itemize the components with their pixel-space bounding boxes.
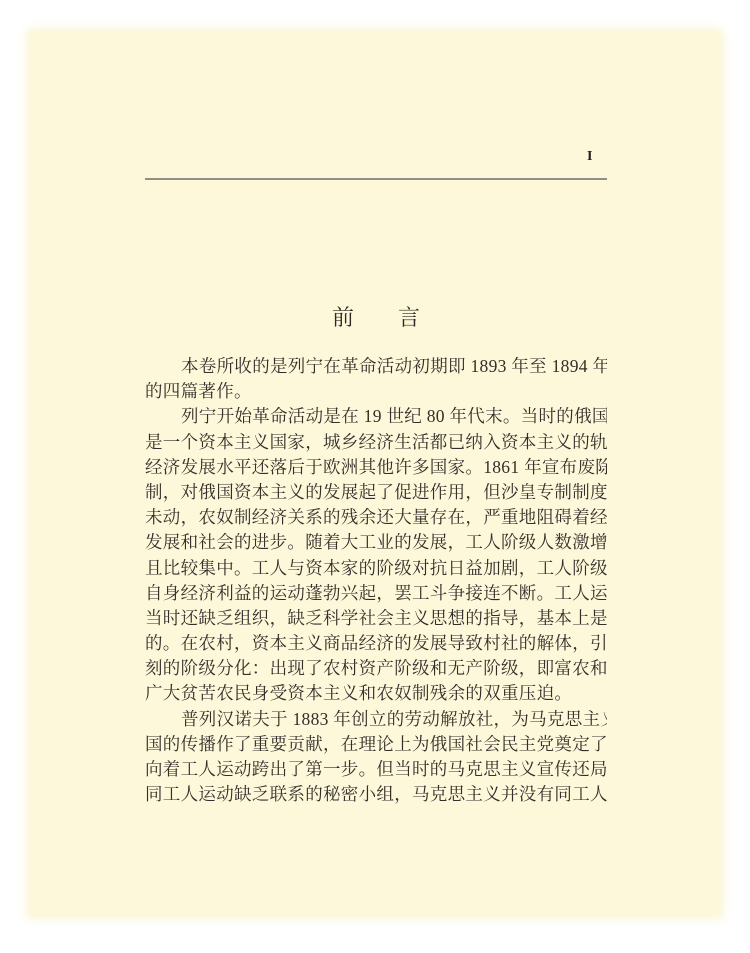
text-line: 列宁开始革命活动是在 19 世纪 80 年代末。当时的俄国已经 (145, 404, 607, 429)
text-line: 当时还缺乏组织，缺乏科学社会主义思想的指导，基本上是自发 (145, 606, 607, 631)
text-line: 制，对俄国资本主义的发展起了促进作用，但沙皇专制制度原封 (145, 480, 607, 505)
body-text: 本卷所收的是列宁在革命活动初期即 1893 年至 1894 年所写的四篇著作。列… (145, 354, 607, 807)
text-line: 自身经济利益的运动蓬勃兴起，罢工斗争接连不断。工人运动在 (145, 581, 607, 606)
page-title-char-second: 言 (398, 301, 420, 332)
text-line: 是一个资本主义国家，城乡经济生活都已纳入资本主义的轨道，但 (145, 430, 607, 455)
text-line: 的四篇著作。 (145, 379, 607, 404)
page-number: I (145, 149, 607, 165)
text-line: 本卷所收的是列宁在革命活动初期即 1893 年至 1894 年所写 (145, 354, 607, 379)
text-line: 国的传播作了重要贡献，在理论上为俄国社会民主党奠定了基础， (145, 732, 607, 757)
text-line: 且比较集中。工人与资本家的阶级对抗日益加剧，工人阶级维护 (145, 556, 607, 581)
text-line: 普列汉诺夫于 1883 年创立的劳动解放社，为马克思主义在俄 (145, 707, 607, 732)
book-page: I 前 言 本卷所收的是列宁在革命活动初期即 1893 年至 1894 年所写的… (30, 32, 720, 915)
page-title-char-first: 前 (332, 301, 354, 332)
header-rule (145, 178, 607, 180)
screenshot-canvas: I 前 言 本卷所收的是列宁在革命活动初期即 1893 年至 1894 年所写的… (0, 0, 750, 953)
text-line: 的。在农村，资本主义商品经济的发展导致村社的解体，引起深 (145, 631, 607, 656)
text-line: 向着工人运动跨出了第一步。但当时的马克思主义宣传还局限于 (145, 757, 607, 782)
page-title: 前 言 (145, 301, 607, 332)
text-line: 刻的阶级分化：出现了农村资产阶级和无产阶级，即富农和雇农。 (145, 656, 607, 681)
text-line: 发展和社会的进步。随着大工业的发展，工人阶级人数激增，而 (145, 530, 607, 555)
text-line: 未动，农奴制经济关系的残余还大量存在，严重地阻碍着经济的 (145, 505, 607, 530)
text-line: 同工人运动缺乏联系的秘密小组，马克思主义并没有同工人运动 (145, 782, 607, 807)
text-line: 广大贫苦农民身受资本主义和农奴制残余的双重压迫。 (145, 681, 607, 706)
text-line: 经济发展水平还落后于欧洲其他许多国家。1861 年宣布废除农奴 (145, 455, 607, 480)
